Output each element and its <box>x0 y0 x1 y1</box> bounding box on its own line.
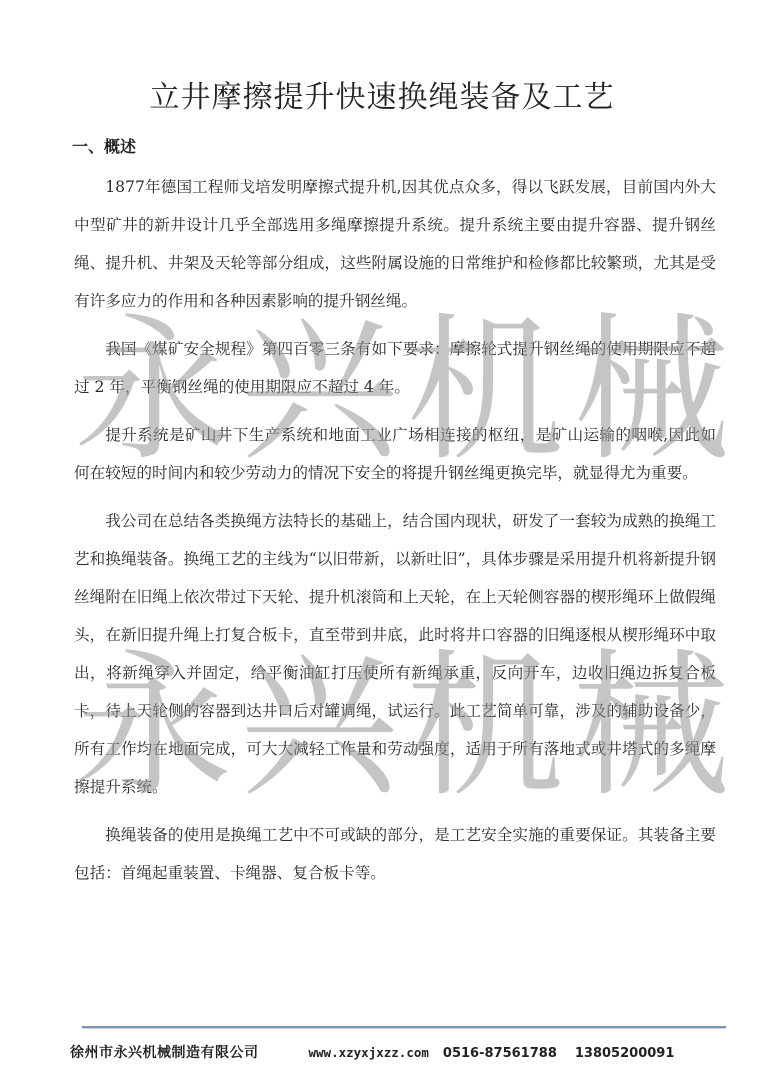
document-page: 立井摩擦提升快速换绳装备及工艺 一、概述 1877年德国工程师戈培发明摩擦式提升… <box>0 0 764 1080</box>
footer-company-name: 徐州市永兴机械制造有限公司 <box>70 1042 259 1062</box>
paragraph-regulation: 我国《煤矿安全规程》第四百零三条有如下要求：摩擦轮式提升钢丝绳的使用期限应不超过… <box>74 330 716 406</box>
paragraph-equipment: 换绳装备的使用是换绳工艺中不可或缺的部分，是工艺安全实施的重要保证。其装备主要包… <box>74 816 716 892</box>
footer: 徐州市永兴机械制造有限公司 www.xzyxjxzz.com 0516-8756… <box>70 1042 730 1062</box>
paragraph-importance: 提升系统是矿山井下生产系统和地面工业广场相连接的枢纽，是矿山运输的咽喉,因此如何… <box>74 416 716 492</box>
document-body: 1877年德国工程师戈培发明摩擦式提升机,因其优点众多，得以飞跃发展，目前国内外… <box>74 168 716 902</box>
footer-website: www.xzyxjxzz.com <box>309 1045 429 1060</box>
paragraph-process: 我公司在总结各类换绳方法特长的基础上，结合国内现状，研发了一套较为成熟的换绳工艺… <box>74 502 716 806</box>
document-title: 立井摩擦提升快速换绳装备及工艺 <box>0 72 764 116</box>
footer-phone: 0516-87561788 <box>443 1046 557 1061</box>
footer-mobile: 13805200091 <box>575 1046 675 1061</box>
footer-divider <box>82 1026 726 1028</box>
section-heading-overview: 一、概述 <box>72 134 136 157</box>
paragraph-history: 1877年德国工程师戈培发明摩擦式提升机,因其优点众多，得以飞跃发展，目前国内外… <box>74 168 716 320</box>
